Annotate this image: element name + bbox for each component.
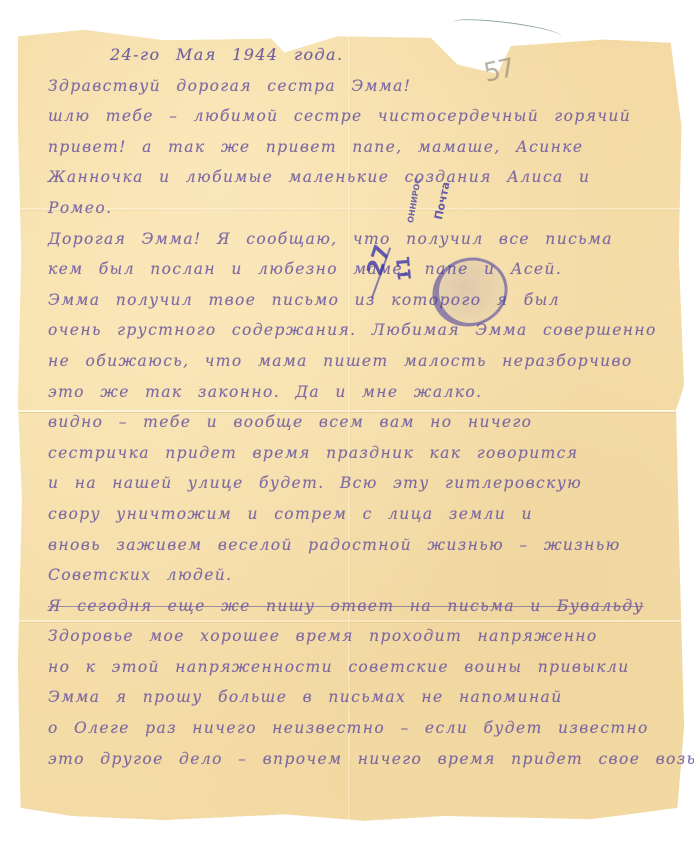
letter-line: свору уничтожим и сотрем с лица земли и (48, 499, 678, 530)
stamp-number-bottom: 11 (393, 255, 416, 282)
letter-line: вновь заживем веселой радостной жизнью –… (48, 530, 678, 561)
letter-line: Ромео. (48, 193, 678, 224)
paper-tear (452, 16, 563, 42)
letter-line: о Олеге раз ничего неизвестно – если буд… (48, 713, 678, 744)
letter-line: Советских людей. (48, 560, 678, 591)
letter-body: 24-го Мая 1944 года. Здравствуй дорогая … (48, 40, 678, 774)
letter-line: Эмма получил твое письмо из которого я б… (48, 285, 678, 316)
letter-line: Эмма я прошу больше в письмах не напомин… (48, 682, 678, 713)
letter-line: шлю тебе – любимой сестре чистосердечный… (48, 101, 678, 132)
letter-line: видно – тебе и вообще всем вам но ничего (48, 407, 678, 438)
letter-line: Здравствуй дорогая сестра Эмма! (48, 71, 678, 102)
letter-line: Я сегодня еще же пишу ответ на письма и … (48, 591, 678, 622)
letter-line: но к этой напряженности советские воины … (48, 652, 678, 683)
letter-line: привет! а так же привет папе, мамаше, Ас… (48, 132, 678, 163)
letter-line: это же так законно. Да и мне жалко. (48, 377, 678, 408)
letter-line: Здоровье мое хорошее время проходит напр… (48, 621, 678, 652)
letter-line: это другое дело – впрочем ничего время п… (48, 744, 678, 775)
letter-line: Жанночка и любимые маленькие создания Ал… (48, 162, 678, 193)
letter-line: сестричка придет время праздник как гово… (48, 438, 678, 469)
letter-line: и на нашей улице будет. Всю эту гитлеров… (48, 468, 678, 499)
letter-line: Дорогая Эмма! Я сообщаю, что получил все… (48, 224, 678, 255)
letter-date: 24-го Мая 1944 года. (48, 40, 678, 71)
letter-line: не обижаюсь, что мама пишет малость нера… (48, 346, 678, 377)
letter-line: очень грустного содержания. Любимая Эмма… (48, 315, 678, 346)
